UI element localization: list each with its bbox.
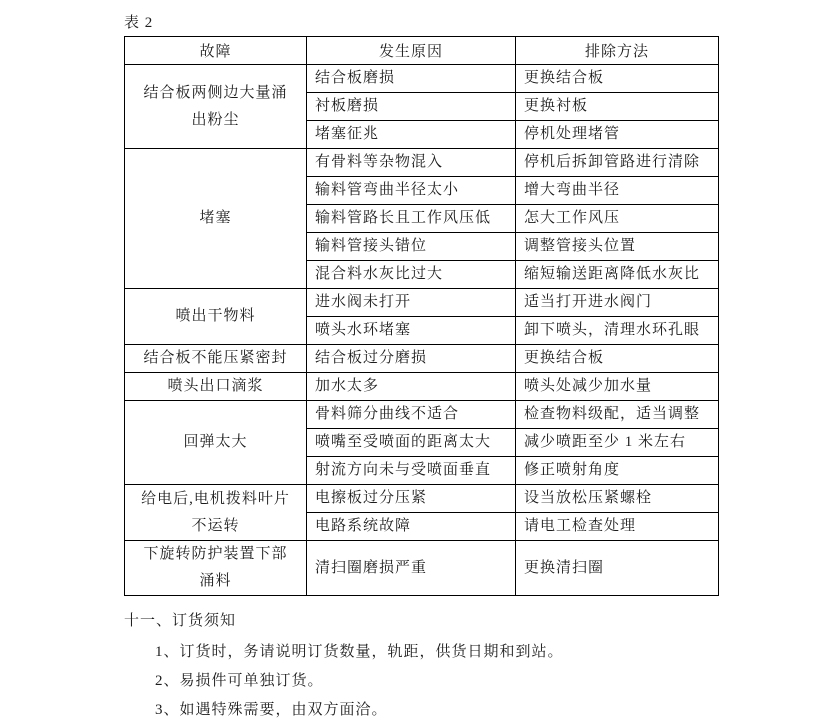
cause-cell: 进水阀未打开 [307, 289, 516, 317]
troubleshooting-table: 故障 发生原因 排除方法 结合板两侧边大量涌出粉尘 结合板磨损 更换结合板 衬板… [124, 36, 719, 596]
remedy-cell: 缩短输送距离降低水灰比 [516, 261, 719, 289]
table-row: 喷出干物料 进水阀未打开 适当打开进水阀门 [125, 289, 719, 317]
remedy-cell: 调整管接头位置 [516, 233, 719, 261]
remedy-cell: 减少喷距至少 1 米左右 [516, 429, 719, 457]
table-row: 给电后,电机拨料叶片不运转 电擦板过分压紧 设当放松压紧螺栓 [125, 485, 719, 513]
table-row: 喷头出口滴浆 加水太多 喷头处减少加水量 [125, 373, 719, 401]
header-cause: 发生原因 [307, 37, 516, 65]
fault-cell: 堵塞 [125, 149, 307, 289]
remedy-cell: 停机后拆卸管路进行清除 [516, 149, 719, 177]
cause-cell: 电擦板过分压紧 [307, 485, 516, 513]
fault-cell: 喷头出口滴浆 [125, 373, 307, 401]
fault-cell: 结合板不能压紧密封 [125, 345, 307, 373]
remedy-cell: 停机处理堵管 [516, 121, 719, 149]
fault-cell: 喷出干物料 [125, 289, 307, 345]
cause-cell: 电路系统故障 [307, 513, 516, 541]
document-page: 表 2 故障 发生原因 排除方法 结合板两侧边大量涌出粉尘 结合板磨损 更换结合… [0, 0, 827, 725]
table-header-row: 故障 发生原因 排除方法 [125, 37, 719, 65]
remedy-cell: 适当打开进水阀门 [516, 289, 719, 317]
remedy-cell: 更换结合板 [516, 65, 719, 93]
remedy-cell: 请电工检查处理 [516, 513, 719, 541]
remedy-cell: 喷头处减少加水量 [516, 373, 719, 401]
table-row: 回弹太大 骨料筛分曲线不适合 检查物料级配，适当调整 [125, 401, 719, 429]
remedy-cell: 修正喷射角度 [516, 457, 719, 485]
remedy-cell: 卸下喷头，清理水环孔眼 [516, 317, 719, 345]
table-row: 结合板不能压紧密封 结合板过分磨损 更换结合板 [125, 345, 719, 373]
remedy-cell: 增大弯曲半径 [516, 177, 719, 205]
cause-cell: 喷头水环堵塞 [307, 317, 516, 345]
notes-item: 1、订货时，务请说明订货数量，轨距，供货日期和到站。 [155, 642, 724, 662]
notes-item: 3、如遇特殊需要，由双方面洽。 [155, 700, 724, 720]
fault-cell: 结合板两侧边大量涌出粉尘 [125, 65, 307, 149]
cause-cell: 结合板磨损 [307, 65, 516, 93]
fault-cell: 给电后,电机拨料叶片不运转 [125, 485, 307, 541]
table-row: 堵塞 有骨料等杂物混入 停机后拆卸管路进行清除 [125, 149, 719, 177]
notes-item: 2、易损件可单独订货。 [155, 671, 724, 691]
cause-cell: 加水太多 [307, 373, 516, 401]
remedy-cell: 更换清扫圈 [516, 541, 719, 596]
table-row: 结合板两侧边大量涌出粉尘 结合板磨损 更换结合板 [125, 65, 719, 93]
cause-cell: 射流方向未与受喷面垂直 [307, 457, 516, 485]
header-fault: 故障 [125, 37, 307, 65]
cause-cell: 结合板过分磨损 [307, 345, 516, 373]
cause-cell: 有骨料等杂物混入 [307, 149, 516, 177]
fault-cell: 下旋转防护装置下部涌料 [125, 541, 307, 596]
cause-cell: 输料管接头错位 [307, 233, 516, 261]
cause-cell: 输料管路长且工作风压低 [307, 205, 516, 233]
cause-cell: 堵塞征兆 [307, 121, 516, 149]
remedy-cell: 更换结合板 [516, 345, 719, 373]
table-row: 下旋转防护装置下部涌料 清扫圈磨损严重 更换清扫圈 [125, 541, 719, 596]
remedy-cell: 检查物料级配，适当调整 [516, 401, 719, 429]
table-caption: 表 2 [124, 11, 153, 32]
cause-cell: 衬板磨损 [307, 93, 516, 121]
fault-cell: 回弹太大 [125, 401, 307, 485]
remedy-cell: 更换衬板 [516, 93, 719, 121]
cause-cell: 输料管弯曲半径太小 [307, 177, 516, 205]
cause-cell: 喷嘴至受喷面的距离太大 [307, 429, 516, 457]
ordering-notes-section: 十一、订货须知 1、订货时，务请说明订货数量，轨距，供货日期和到站。 2、易损件… [124, 611, 724, 725]
cause-cell: 清扫圈磨损严重 [307, 541, 516, 596]
remedy-cell: 怎大工作风压 [516, 205, 719, 233]
notes-heading: 十一、订货须知 [124, 611, 724, 631]
cause-cell: 混合料水灰比过大 [307, 261, 516, 289]
cause-cell: 骨料筛分曲线不适合 [307, 401, 516, 429]
header-remedy: 排除方法 [516, 37, 719, 65]
remedy-cell: 设当放松压紧螺栓 [516, 485, 719, 513]
